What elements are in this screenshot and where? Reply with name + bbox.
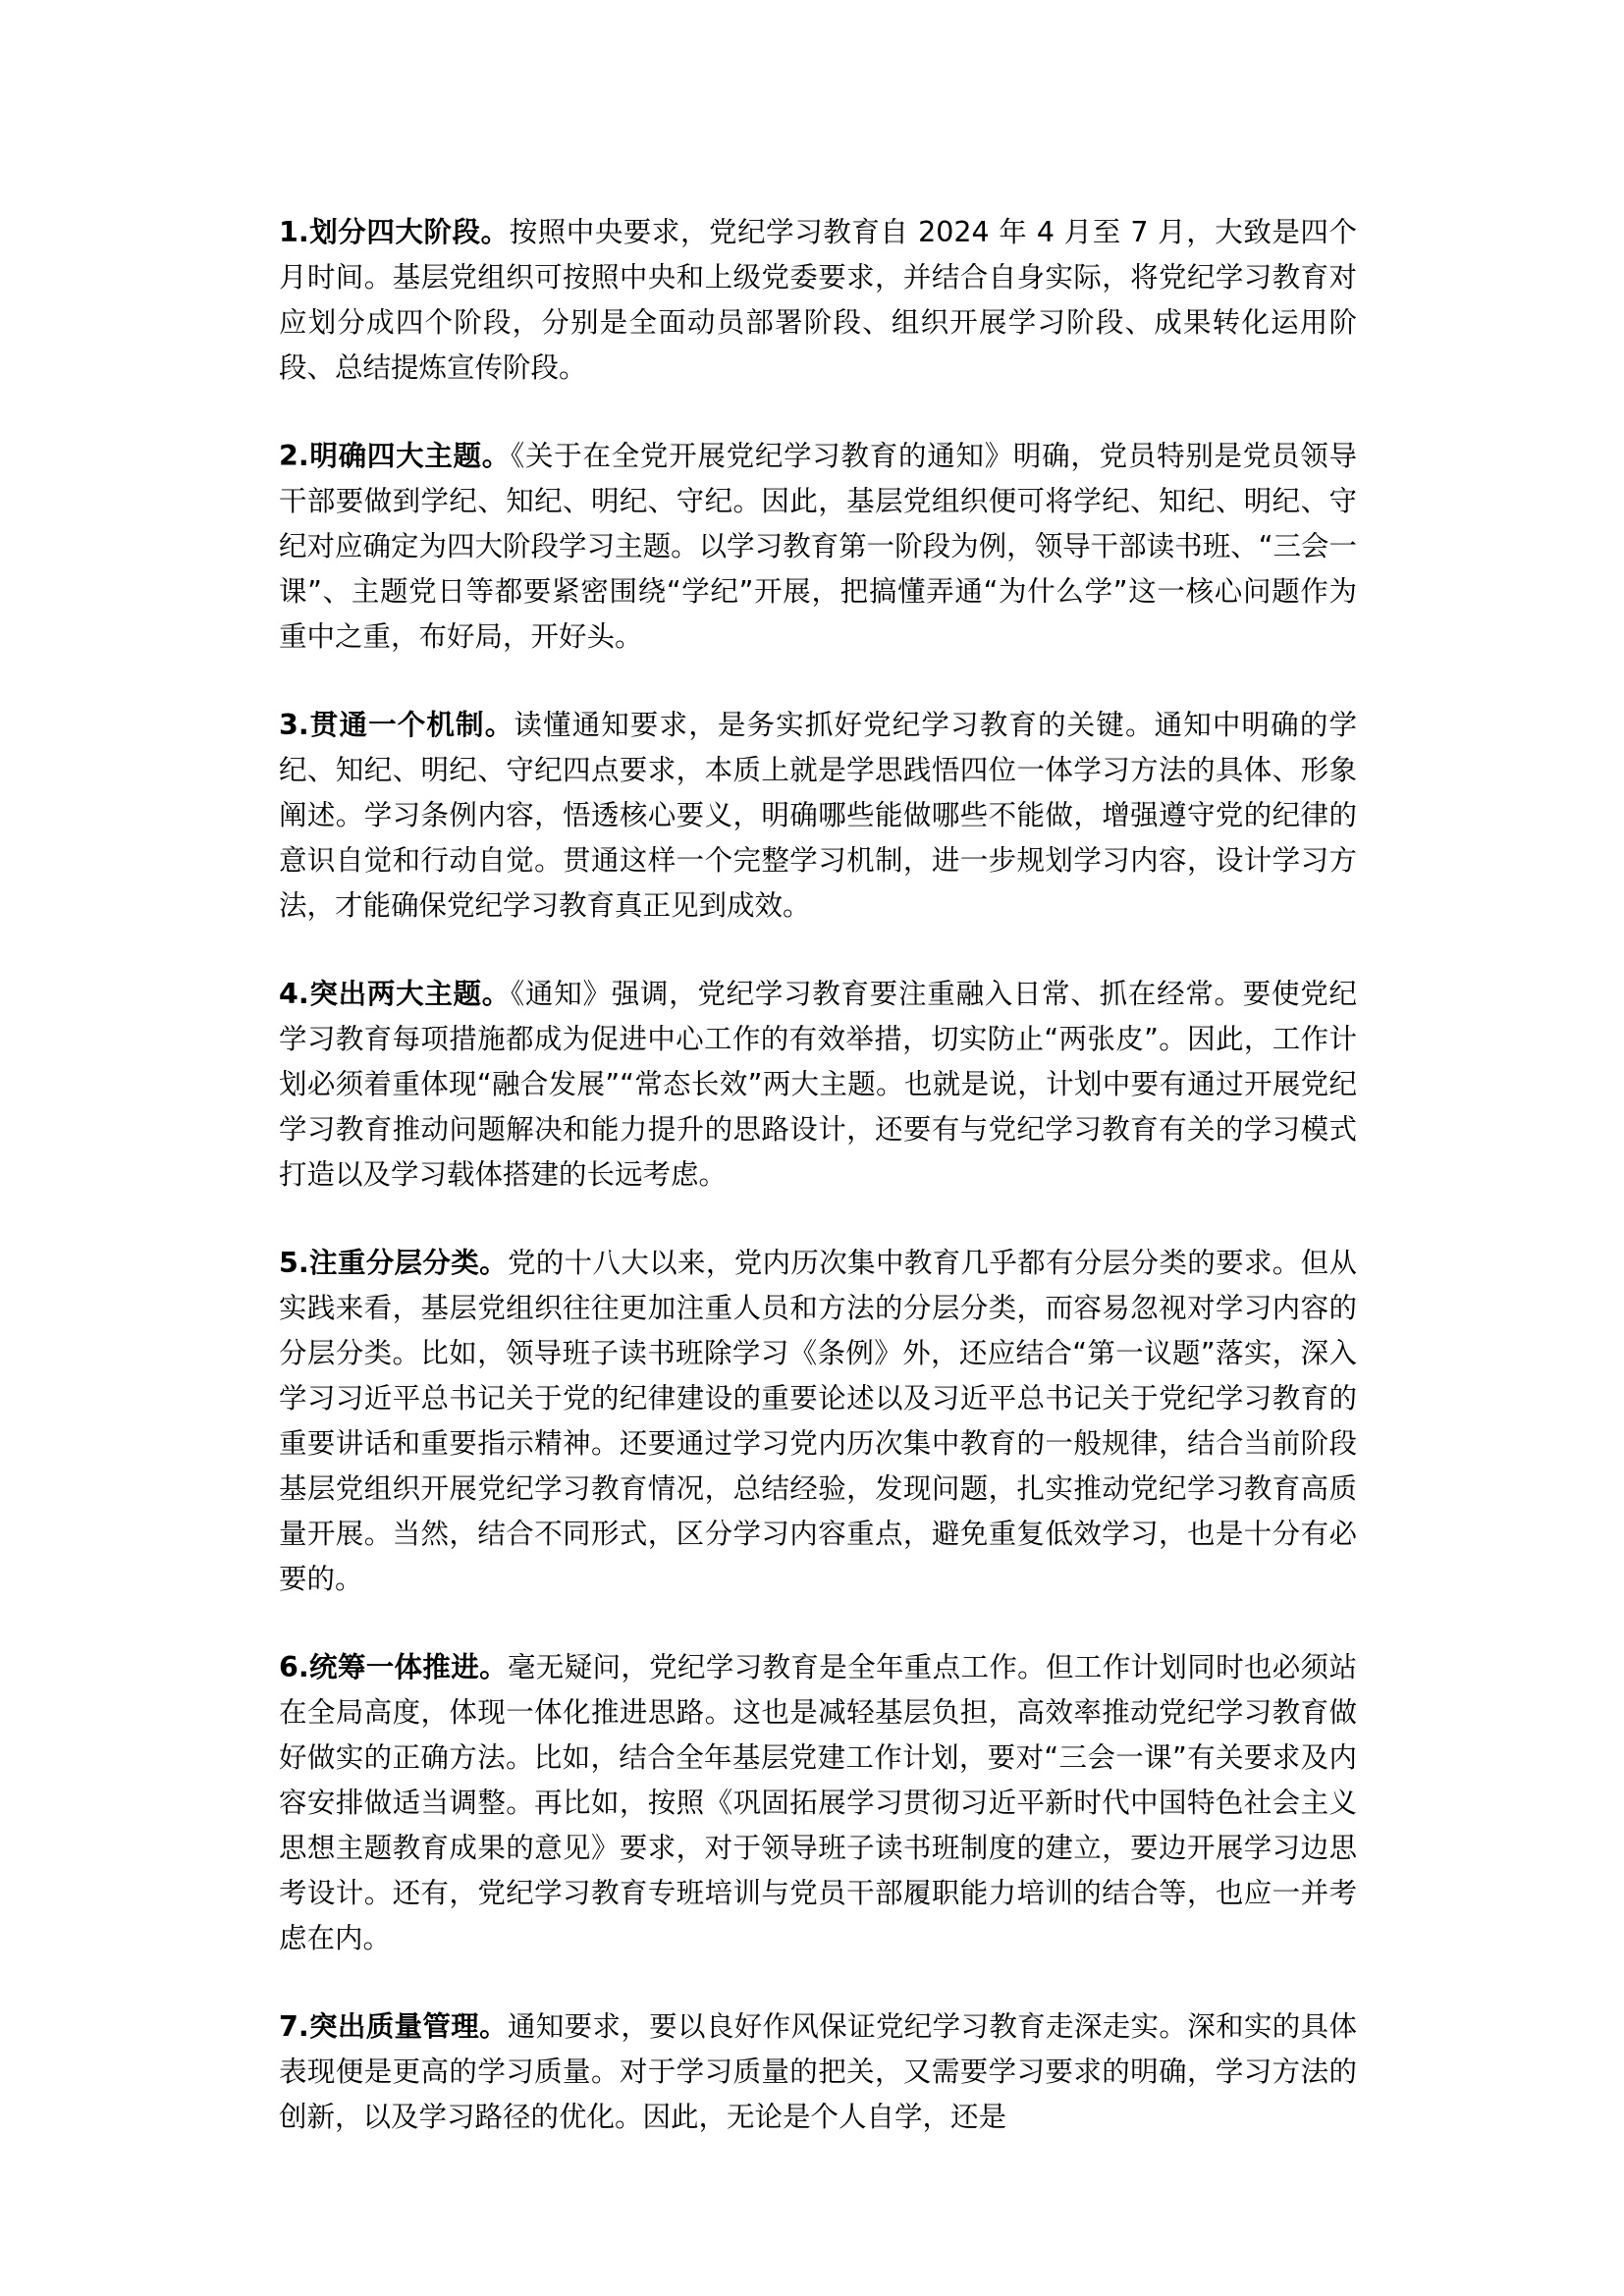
paragraph-2: 2.明确四大主题。《关于在全党开展党纪学习教育的通知》明确，党员特别是党员领导干… (279, 434, 1357, 660)
paragraph-heading: 1.划分四大阶段。 (279, 216, 510, 248)
paragraph-heading: 6.统筹一体推进。 (279, 1651, 508, 1683)
paragraph-heading: 2.明确四大主题。 (279, 440, 511, 472)
paragraph-body: 党的十八大以来，党内历次集中教育几乎都有分层分类的要求。但从实践来看，基层党组织… (279, 1247, 1357, 1595)
paragraph-body: 毫无疑问，党纪学习教育是全年重点工作。但工作计划同时也必须站在全局高度，体现一体… (279, 1651, 1357, 1954)
paragraph-3: 3.贯通一个机制。读懂通知要求，是务实抓好党纪学习教育的关键。通知中明确的学纪、… (279, 703, 1357, 929)
paragraph-heading: 5.注重分层分类。 (279, 1247, 508, 1279)
paragraph-heading: 4.突出两大主题。 (279, 978, 511, 1010)
document-page: 1.划分四大阶段。按照中央要求，党纪学习教育自 2024 年 4 月至 7 月，… (279, 210, 1357, 2183)
paragraph-5: 5.注重分层分类。党的十八大以来，党内历次集中教育几乎都有分层分类的要求。但从实… (279, 1241, 1357, 1602)
paragraph-6: 6.统筹一体推进。毫无疑问，党纪学习教育是全年重点工作。但工作计划同时也必须站在… (279, 1645, 1357, 1961)
paragraph-7: 7.突出质量管理。通知要求，要以良好作风保证党纪学习教育走深走实。深和实的具体表… (279, 2004, 1357, 2140)
paragraph-1: 1.划分四大阶段。按照中央要求，党纪学习教育自 2024 年 4 月至 7 月，… (279, 210, 1357, 391)
paragraph-heading: 3.贯通一个机制。 (279, 709, 514, 741)
paragraph-heading: 7.突出质量管理。 (279, 2010, 508, 2043)
paragraph-4: 4.突出两大主题。《通知》强调，党纪学习教育要注重融入日常、抓在经常。要使党纪学… (279, 972, 1357, 1198)
